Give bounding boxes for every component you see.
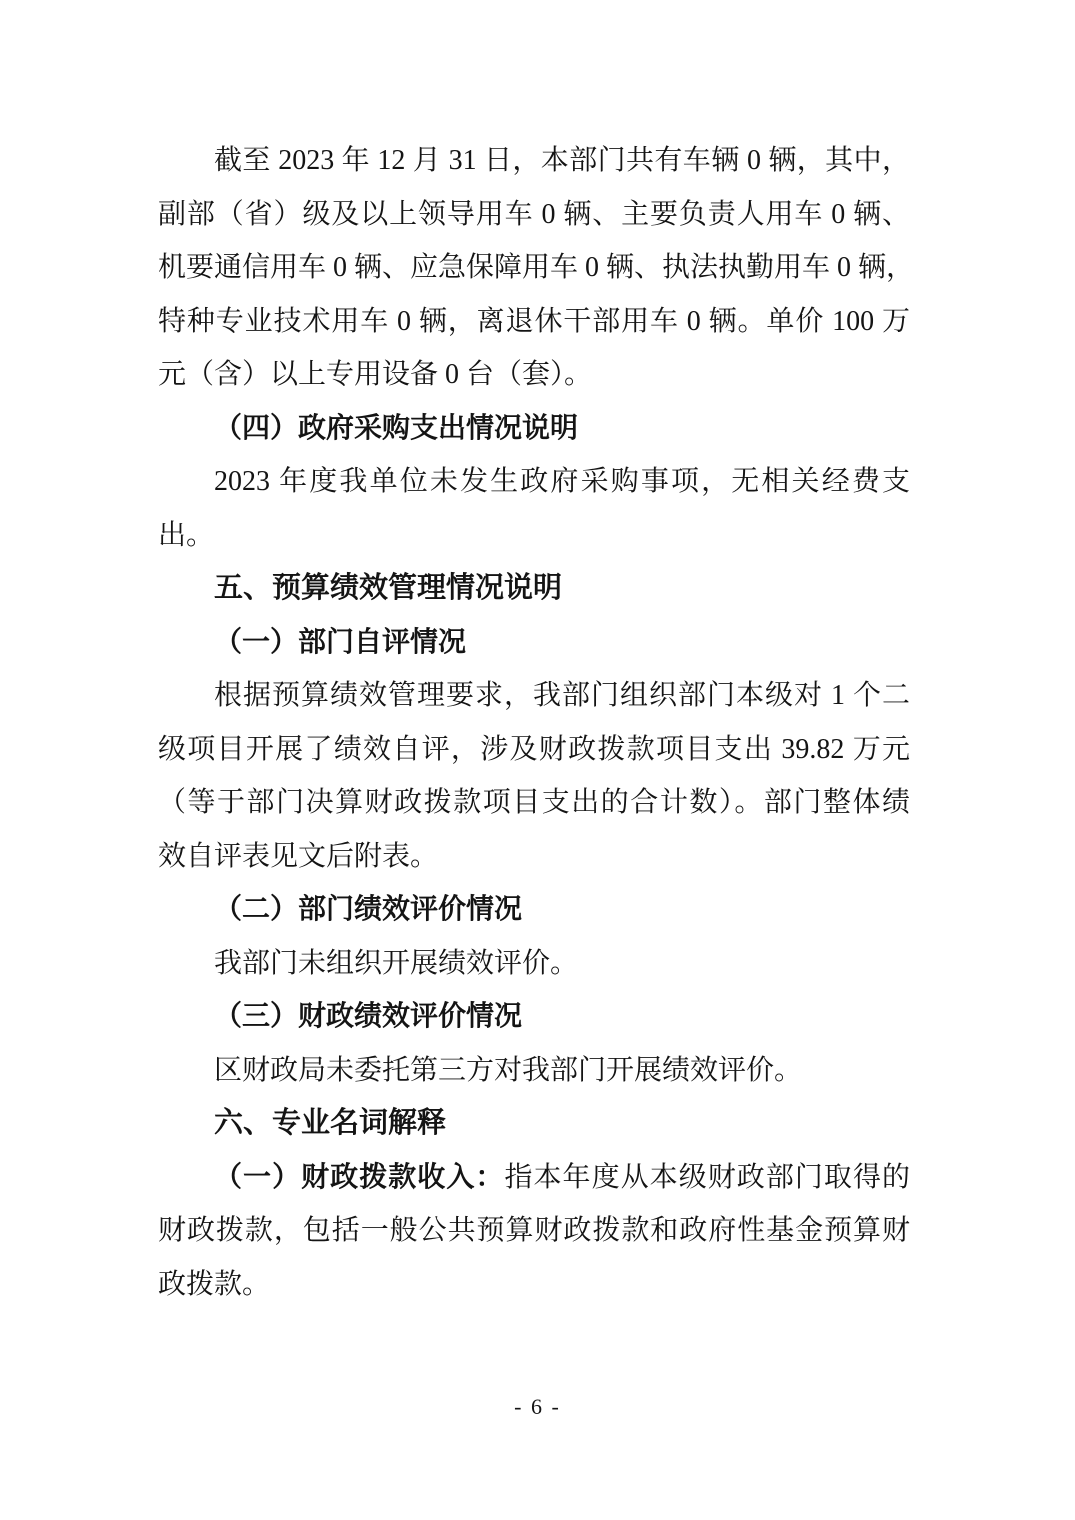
heading-budget-performance: 五、预算绩效管理情况说明 <box>158 562 910 616</box>
finance-performance-paragraph: 区财政局未委托第三方对我部门开展绩效评价。 <box>158 1044 910 1098</box>
heading-self-evaluation: （一）部门自评情况 <box>158 616 910 670</box>
heading-terminology: 六、专业名词解释 <box>158 1097 910 1151</box>
document-page: 截至 2023 年 12 月 31 日，本部门共有车辆 0 辆，其中，副部（省）… <box>0 0 1075 1520</box>
terminology-fiscal-appropriation-paragraph: （一）财政拨款收入：指本年度从本级财政部门取得的财政拨款，包括一般公共预算财政拨… <box>158 1151 910 1312</box>
document-body: 截至 2023 年 12 月 31 日，本部门共有车辆 0 辆，其中，副部（省）… <box>158 134 910 1311</box>
text-line: 元（含）以上专用设备 0 台（套）。 <box>158 348 910 402</box>
department-performance-paragraph: 我部门未组织开展绩效评价。 <box>158 937 910 991</box>
text-line: （一）财政拨款收入：指本年度从本级财政部门取得的 <box>158 1151 910 1205</box>
text-line: 特种专业技术用车 0 辆，离退休干部用车 0 辆。单价 100 万 <box>158 295 910 349</box>
text-line: 财政拨款，包括一般公共预算财政拨款和政府性基金预算财 <box>158 1204 910 1258</box>
text-line: 根据预算绩效管理要求，我部门组织部门本级对 1 个二 <box>158 669 910 723</box>
text-line: 六、专业名词解释 <box>158 1097 910 1151</box>
text-line: （四）政府采购支出情况说明 <box>158 402 910 456</box>
text-line: 副部（省）级及以上领导用车 0 辆、主要负责人用车 0 辆、 <box>158 188 910 242</box>
text-line: 五、预算绩效管理情况说明 <box>158 562 910 616</box>
heading-government-procurement: （四）政府采购支出情况说明 <box>158 402 910 456</box>
text-line: （二）部门绩效评价情况 <box>158 883 910 937</box>
text-line: 级项目开展了绩效自评，涉及财政拨款项目支出 39.82 万元 <box>158 723 910 777</box>
text-line: （等于部门决算财政拨款项目支出的合计数）。部门整体绩 <box>158 776 910 830</box>
text-line: 我部门未组织开展绩效评价。 <box>158 937 910 991</box>
text-line: 区财政局未委托第三方对我部门开展绩效评价。 <box>158 1044 910 1098</box>
vehicles-and-equipment-paragraph: 截至 2023 年 12 月 31 日，本部门共有车辆 0 辆，其中，副部（省）… <box>158 134 910 402</box>
bold-term-label: （一）财政拨款收入： <box>214 1162 504 1193</box>
text-line: （一）部门自评情况 <box>158 616 910 670</box>
text-line: 截至 2023 年 12 月 31 日，本部门共有车辆 0 辆，其中， <box>158 134 910 188</box>
text-line: 效自评表见文后附表。 <box>158 830 910 884</box>
text-line: 2023 年度我单位未发生政府采购事项，无相关经费支 <box>158 455 910 509</box>
heading-finance-performance-evaluation: （三）财政绩效评价情况 <box>158 990 910 1044</box>
self-evaluation-paragraph: 根据预算绩效管理要求，我部门组织部门本级对 1 个二级项目开展了绩效自评，涉及财… <box>158 669 910 883</box>
text-line: 出。 <box>158 509 910 563</box>
text-line: 机要通信用车 0 辆、应急保障用车 0 辆、执法执勤用车 0 辆， <box>158 241 910 295</box>
text-line: （三）财政绩效评价情况 <box>158 990 910 1044</box>
page-number: - 6 - <box>0 1394 1075 1420</box>
procurement-paragraph: 2023 年度我单位未发生政府采购事项，无相关经费支出。 <box>158 455 910 562</box>
text-line: 政拨款。 <box>158 1258 910 1312</box>
heading-department-performance-evaluation: （二）部门绩效评价情况 <box>158 883 910 937</box>
